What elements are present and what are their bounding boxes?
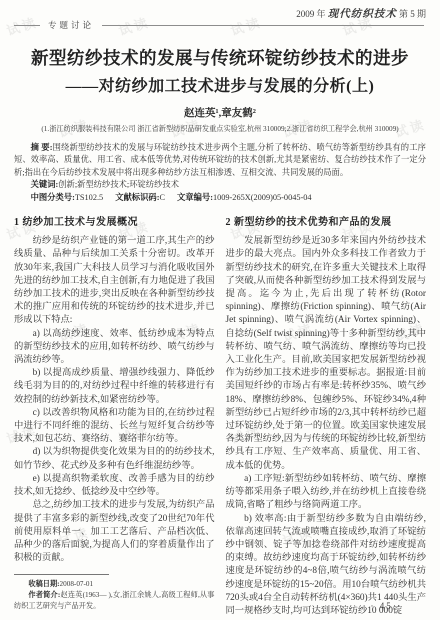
meta-line: 中图分类号:TS102.5文献标识码:C文章编号:1009-265X(2009)… — [14, 192, 426, 204]
body-columns: 1 纺纱加工技术与发展概况 纺纱是纺织产业链的第一道工序,其生产的纱线质量、品种… — [14, 213, 426, 618]
author-bio-label: 作者简介: — [28, 591, 60, 599]
abstract-text: 围绕新型纺纱技术的发展与环锭纺纱技术进步两个主题,分析了转杯纺、喷气纺等新型纺纱… — [14, 143, 426, 177]
received-date-line: 收稿日期:2008-07-01 — [14, 579, 215, 590]
article-id-value: 1009-265X(2009)05-0045-04 — [213, 193, 312, 202]
body-paragraph: 总之,纺纱加工技术的进步与发展,为纺织产品提供了丰富多彩的新型纱线,改变了20世… — [14, 499, 215, 565]
keywords-label: 关键词: — [31, 180, 59, 189]
received-date-label: 收稿日期: — [28, 580, 59, 588]
left-column: 1 纺纱加工技术与发展概况 纺纱是纺织产业链的第一道工序,其生产的纱线质量、品种… — [14, 213, 215, 618]
abstract-label: 摘 要: — [31, 143, 53, 152]
affiliation-line: (1.浙江纺织服装科技有限公司 浙江省新型纺织品研发重点实验室,杭州 31000… — [14, 124, 426, 134]
clc-value: TS102.5 — [75, 193, 103, 202]
body-paragraph: e) 以提高织物柔软度、改善手感为目的纺纱技术,如无捻纱、低捻纱及中空纱等。 — [14, 473, 215, 499]
right-column: 2 新型纺纱的技术优势和产品的发展 发展新型纺纱是近30多年来国内外纺纱技术进步… — [226, 213, 427, 618]
body-paragraph: a) 工序短:新型纺纱如转杯纺、喷气纺、摩擦纺等都采用条子喂入纺纱,并在纺纱机上… — [226, 473, 427, 513]
page-content: 2009 年 现代纺织技术 第 5 期 专题讨论 新型纺纱技术的发展与传统环锭纺… — [14, 6, 426, 618]
doc-code-value: C — [159, 193, 165, 202]
author-bio-line: 作者简介:赵连英(1963— ),女,浙江余姚人,高级工程师,从事纺织工艺研究与… — [14, 590, 215, 611]
journal-year: 2009 年 — [296, 9, 325, 19]
clc-label: 中图分类号: — [31, 193, 75, 202]
body-paragraph: a) 以高纺纱速度、效率、低纺纱成本为特点的新型纺纱技术的应用,如转杯纺纱、喷气… — [14, 328, 215, 368]
article-id-label: 文章编号: — [177, 193, 213, 202]
footnote-divider — [14, 574, 109, 575]
topic-rule-left — [14, 25, 40, 26]
keywords-text: 创新;新型纺纱技术;环锭纺纱技术 — [58, 180, 179, 189]
received-date-value: 2008-07-01 — [60, 580, 94, 588]
keywords-line: 关键词:创新;新型纺纱技术;环锭纺纱技术 — [14, 179, 426, 191]
page-number: · 45 · — [371, 601, 403, 611]
topic-label: 专题讨论 — [40, 19, 102, 31]
section-heading-2: 2 新型纺纱的技术优势和产品的发展 — [226, 216, 427, 229]
body-paragraph: 发展新型纺纱是近30多年来国内外纺纱技术进步的最大亮点。国内外众多科技工作者致力… — [226, 235, 427, 473]
topic-row: 专题讨论 — [14, 19, 424, 31]
abstract-block: 摘 要:围绕新型纺纱技术的发展与环锭纺纱技术进步两个主题,分析了转杯纺、喷气纺等… — [14, 142, 426, 204]
doc-code-label: 文献标识码: — [115, 193, 159, 202]
article-title: 新型纺纱技术的发展与传统环锭纺纱技术的进步 — [14, 45, 426, 70]
journal-issue: 第 5 期 — [399, 9, 426, 19]
body-paragraph: b) 以提高成纱质量、增强纱线强力、降低纱线毛羽为目的的,对纺纱过程中纤维的转移… — [14, 367, 215, 407]
article-subtitle: ——对纺纱加工技术进步与发展的分析(上) — [14, 73, 426, 96]
paper-page: 试读试读试读试读试读试读试读试读试读试读试读试读试读试读试读试读试读试读试读试读… — [0, 0, 440, 620]
authors-line: 赵连英¹,章友鹤² — [14, 105, 426, 120]
body-paragraph: c) 以改善织物风格和功能为目的,在纺纱过程中进行不同纤维的混纺、长丝与短纤复合… — [14, 407, 215, 447]
abstract-paragraph: 摘 要:围绕新型纺纱技术的发展与环锭纺纱技术进步两个主题,分析了转杯纺、喷气纺等… — [14, 142, 426, 179]
body-paragraph: 纺纱是纺织产业链的第一道工序,其生产的纱线质量、品种与后续加工关系十分密切。改革… — [14, 235, 215, 327]
page-header: 2009 年 现代纺织技术 第 5 期 专题讨论 — [14, 6, 426, 32]
footnote: 收稿日期:2008-07-01 作者简介:赵连英(1963— ),女,浙江余姚人… — [14, 579, 215, 611]
topic-rule-right — [102, 25, 424, 26]
section-heading-1: 1 纺纱加工技术与发展概况 — [14, 216, 215, 229]
body-paragraph: d) 以为织物提供变化效果为目的的纺纱技术,如竹节纱、花式纱及多种有色纤维混纺纱… — [14, 446, 215, 472]
